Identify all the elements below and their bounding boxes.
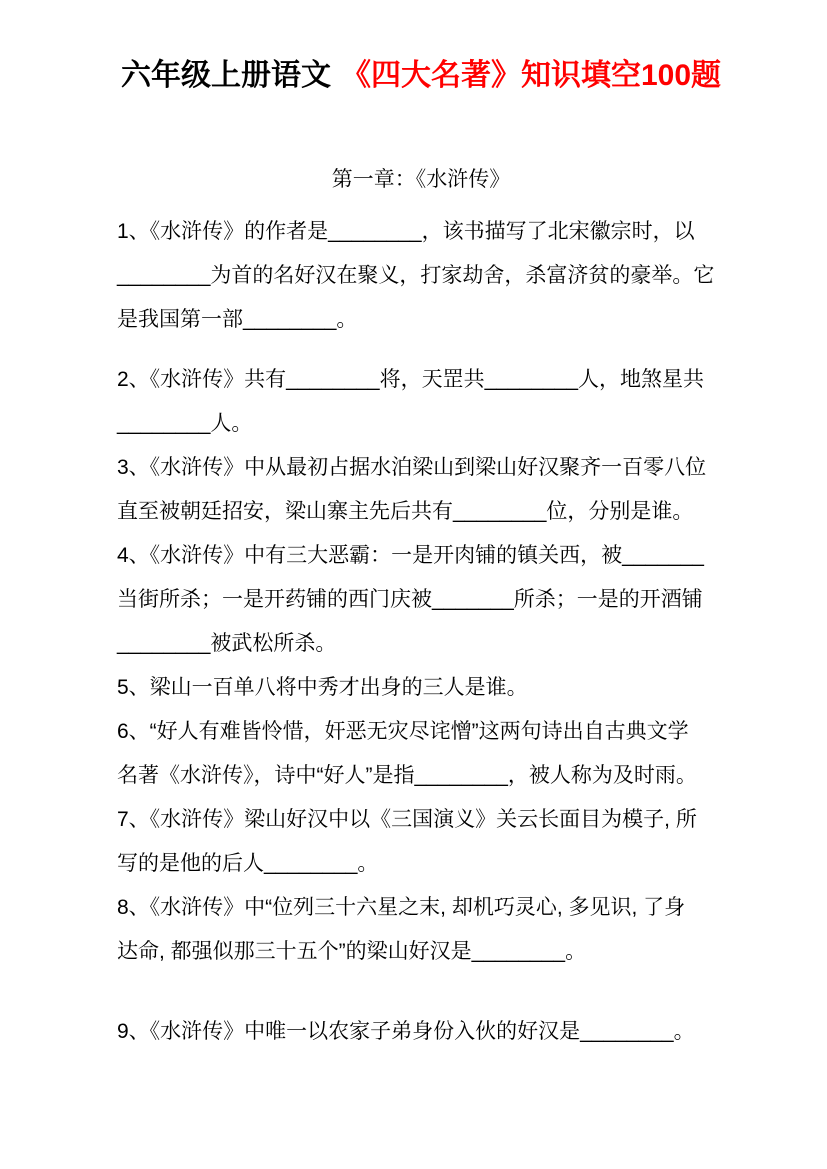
chapter-heading: 第一章：《水浒传》	[117, 158, 725, 202]
question-9-text: 9、《水浒传》中唯一以农家子弟身份入伙的好汉是________。	[117, 1010, 725, 1054]
title-topic: 《四大名著》知识填空100题	[341, 59, 721, 92]
question-8-text: 8、《水浒传》中“位列三十六星之末, 却机巧灵心, 多见识, 了身 达命, 都强…	[117, 886, 725, 974]
question-5-text: 5、梁山一百单八将中秀才出身的三人是谁。	[117, 666, 725, 710]
document-title: 六年级上册语文《四大名著》知识填空100题	[117, 56, 725, 96]
question-3-text: 3、《水浒传》中从最初占据水泊梁山到梁山好汉聚齐一百零八位 直至被朝廷招安，梁山…	[117, 446, 725, 534]
title-grade-subject: 六年级上册语文	[121, 59, 331, 92]
question-list: 1、《水浒传》的作者是________，该书描写了北宋徽宗时，以 _______…	[117, 210, 725, 1054]
question-2-text: 2、《水浒传》共有________将，天罡共________人，地煞星共 ___…	[117, 358, 725, 446]
question-6-text: 6、“好人有难皆怜惜，奸恶无灾尽诧憎”这两句诗出自古典文学 名著《水浒传》，诗中…	[117, 710, 725, 798]
question-7-text: 7、《水浒传》梁山好汉中以《三国演义》关云长面目为模子, 所 写的是他的后人__…	[117, 798, 725, 886]
question-4-text: 4、《水浒传》中有三大恶霸：一是开肉铺的镇关西，被_______ 当街所杀；一是…	[117, 534, 725, 666]
question-1-text: 1、《水浒传》的作者是________，该书描写了北宋徽宗时，以 _______…	[117, 210, 725, 342]
worksheet-page: 六年级上册语文《四大名著》知识填空100题 第一章：《水浒传》 1、《水浒传》的…	[0, 0, 827, 1169]
